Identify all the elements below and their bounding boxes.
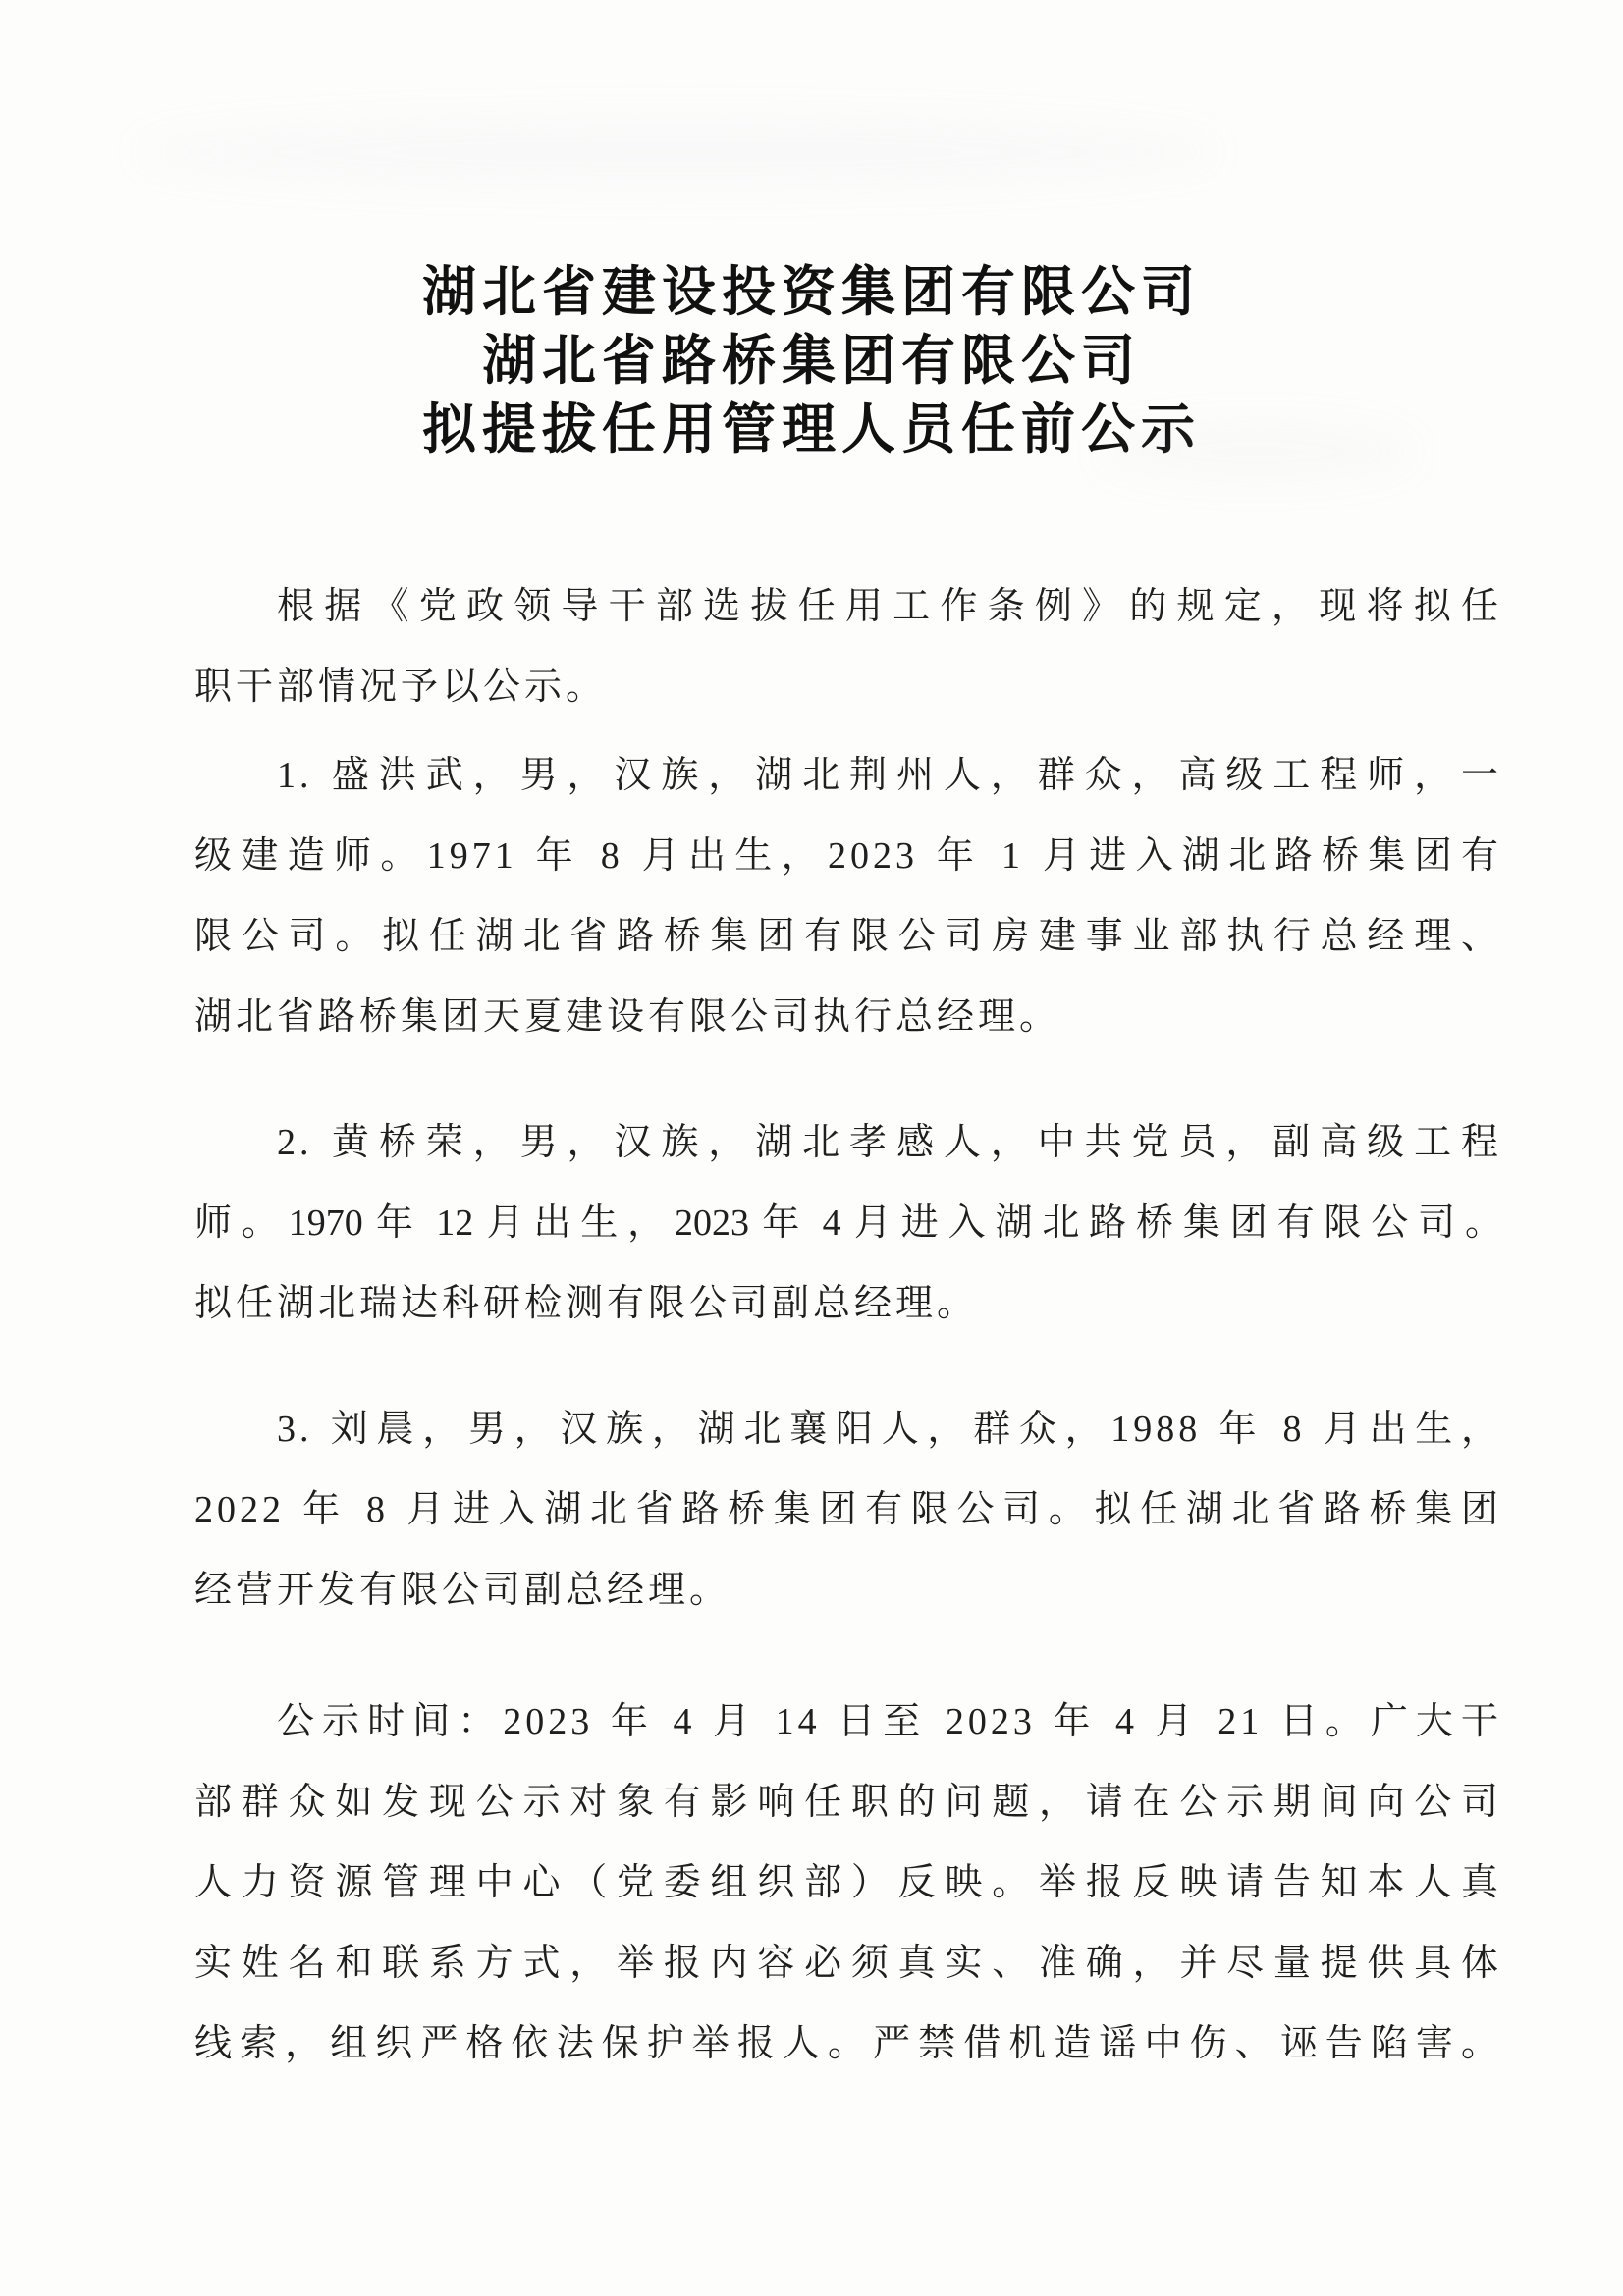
text-line: 2. 黄桥荣，男，汉族，湖北孝感人，中共党员，副高级工程 [194, 1102, 1502, 1183]
document-page: 湖北省建设投资集团有限公司 湖北省路桥集团有限公司 拟提拔任用管理人员任前公示 … [0, 0, 1623, 2296]
candidate-item-2: 2. 黄桥荣，男，汉族，湖北孝感人，中共党员，副高级工程 师。1970 年 12… [194, 1102, 1502, 1344]
text-line: 线索，组织严格依法保护举报人。严禁借机造谣中伤、诬告陷害。 [194, 2003, 1502, 2084]
text-line: 经营开发有限公司副总经理。 [194, 1550, 1502, 1630]
candidate-item-3: 3. 刘晨，男，汉族，湖北襄阳人，群众，1988 年 8 月出生， 2022 年… [194, 1389, 1502, 1630]
text-line: 师。1970 年 12 月出生，2023 年 4 月进入湖北路桥集团有限公司。 [194, 1183, 1502, 1263]
text-line: 湖北省路桥集团天夏建设有限公司执行总经理。 [194, 977, 1502, 1057]
document-body: 根据《党政领导干部选拔任用工作条例》的规定，现将拟任 职干部情况予以公示。 1.… [194, 566, 1502, 2084]
text-line: 人力资源管理中心（党委组织部）反映。举报反映请告知本人真 [194, 1842, 1502, 1923]
candidate-item-1: 1. 盛洪武，男，汉族，湖北荆州人，群众，高级工程师，一 级建造师。1971 年… [194, 735, 1502, 1057]
text-line: 职干部情况予以公示。 [194, 647, 1502, 727]
text-line: 拟任湖北瑞达科研检测有限公司副总经理。 [194, 1263, 1502, 1344]
text-line: 部群众如发现公示对象有影响任职的问题，请在公示期间向公司 [194, 1762, 1502, 1842]
title-line-1: 湖北省建设投资集团有限公司 [0, 258, 1623, 327]
text-line: 3. 刘晨，男，汉族，湖北襄阳人，群众，1988 年 8 月出生， [194, 1389, 1502, 1469]
document-title: 湖北省建设投资集团有限公司 湖北省路桥集团有限公司 拟提拔任用管理人员任前公示 [0, 0, 1623, 464]
title-line-2: 湖北省路桥集团有限公司 [0, 327, 1623, 396]
text-line: 1. 盛洪武，男，汉族，湖北荆州人，群众，高级工程师，一 [194, 735, 1502, 816]
closing-paragraph: 公示时间：2023 年 4 月 14 日至 2023 年 4 月 21 日。广大… [194, 1682, 1502, 2084]
text-line: 根据《党政领导干部选拔任用工作条例》的规定，现将拟任 [194, 566, 1502, 647]
title-line-3: 拟提拔任用管理人员任前公示 [0, 396, 1623, 464]
text-line: 2022 年 8 月进入湖北省路桥集团有限公司。拟任湖北省路桥集团 [194, 1469, 1502, 1550]
text-line: 公示时间：2023 年 4 月 14 日至 2023 年 4 月 21 日。广大… [194, 1682, 1502, 1762]
text-line: 实姓名和联系方式，举报内容必须真实、准确，并尽量提供具体 [194, 1923, 1502, 2003]
intro-paragraph: 根据《党政领导干部选拔任用工作条例》的规定，现将拟任 职干部情况予以公示。 [194, 566, 1502, 727]
text-line: 级建造师。1971 年 8 月出生，2023 年 1 月进入湖北路桥集团有 [194, 816, 1502, 896]
text-line: 限公司。拟任湖北省路桥集团有限公司房建事业部执行总经理、 [194, 896, 1502, 977]
